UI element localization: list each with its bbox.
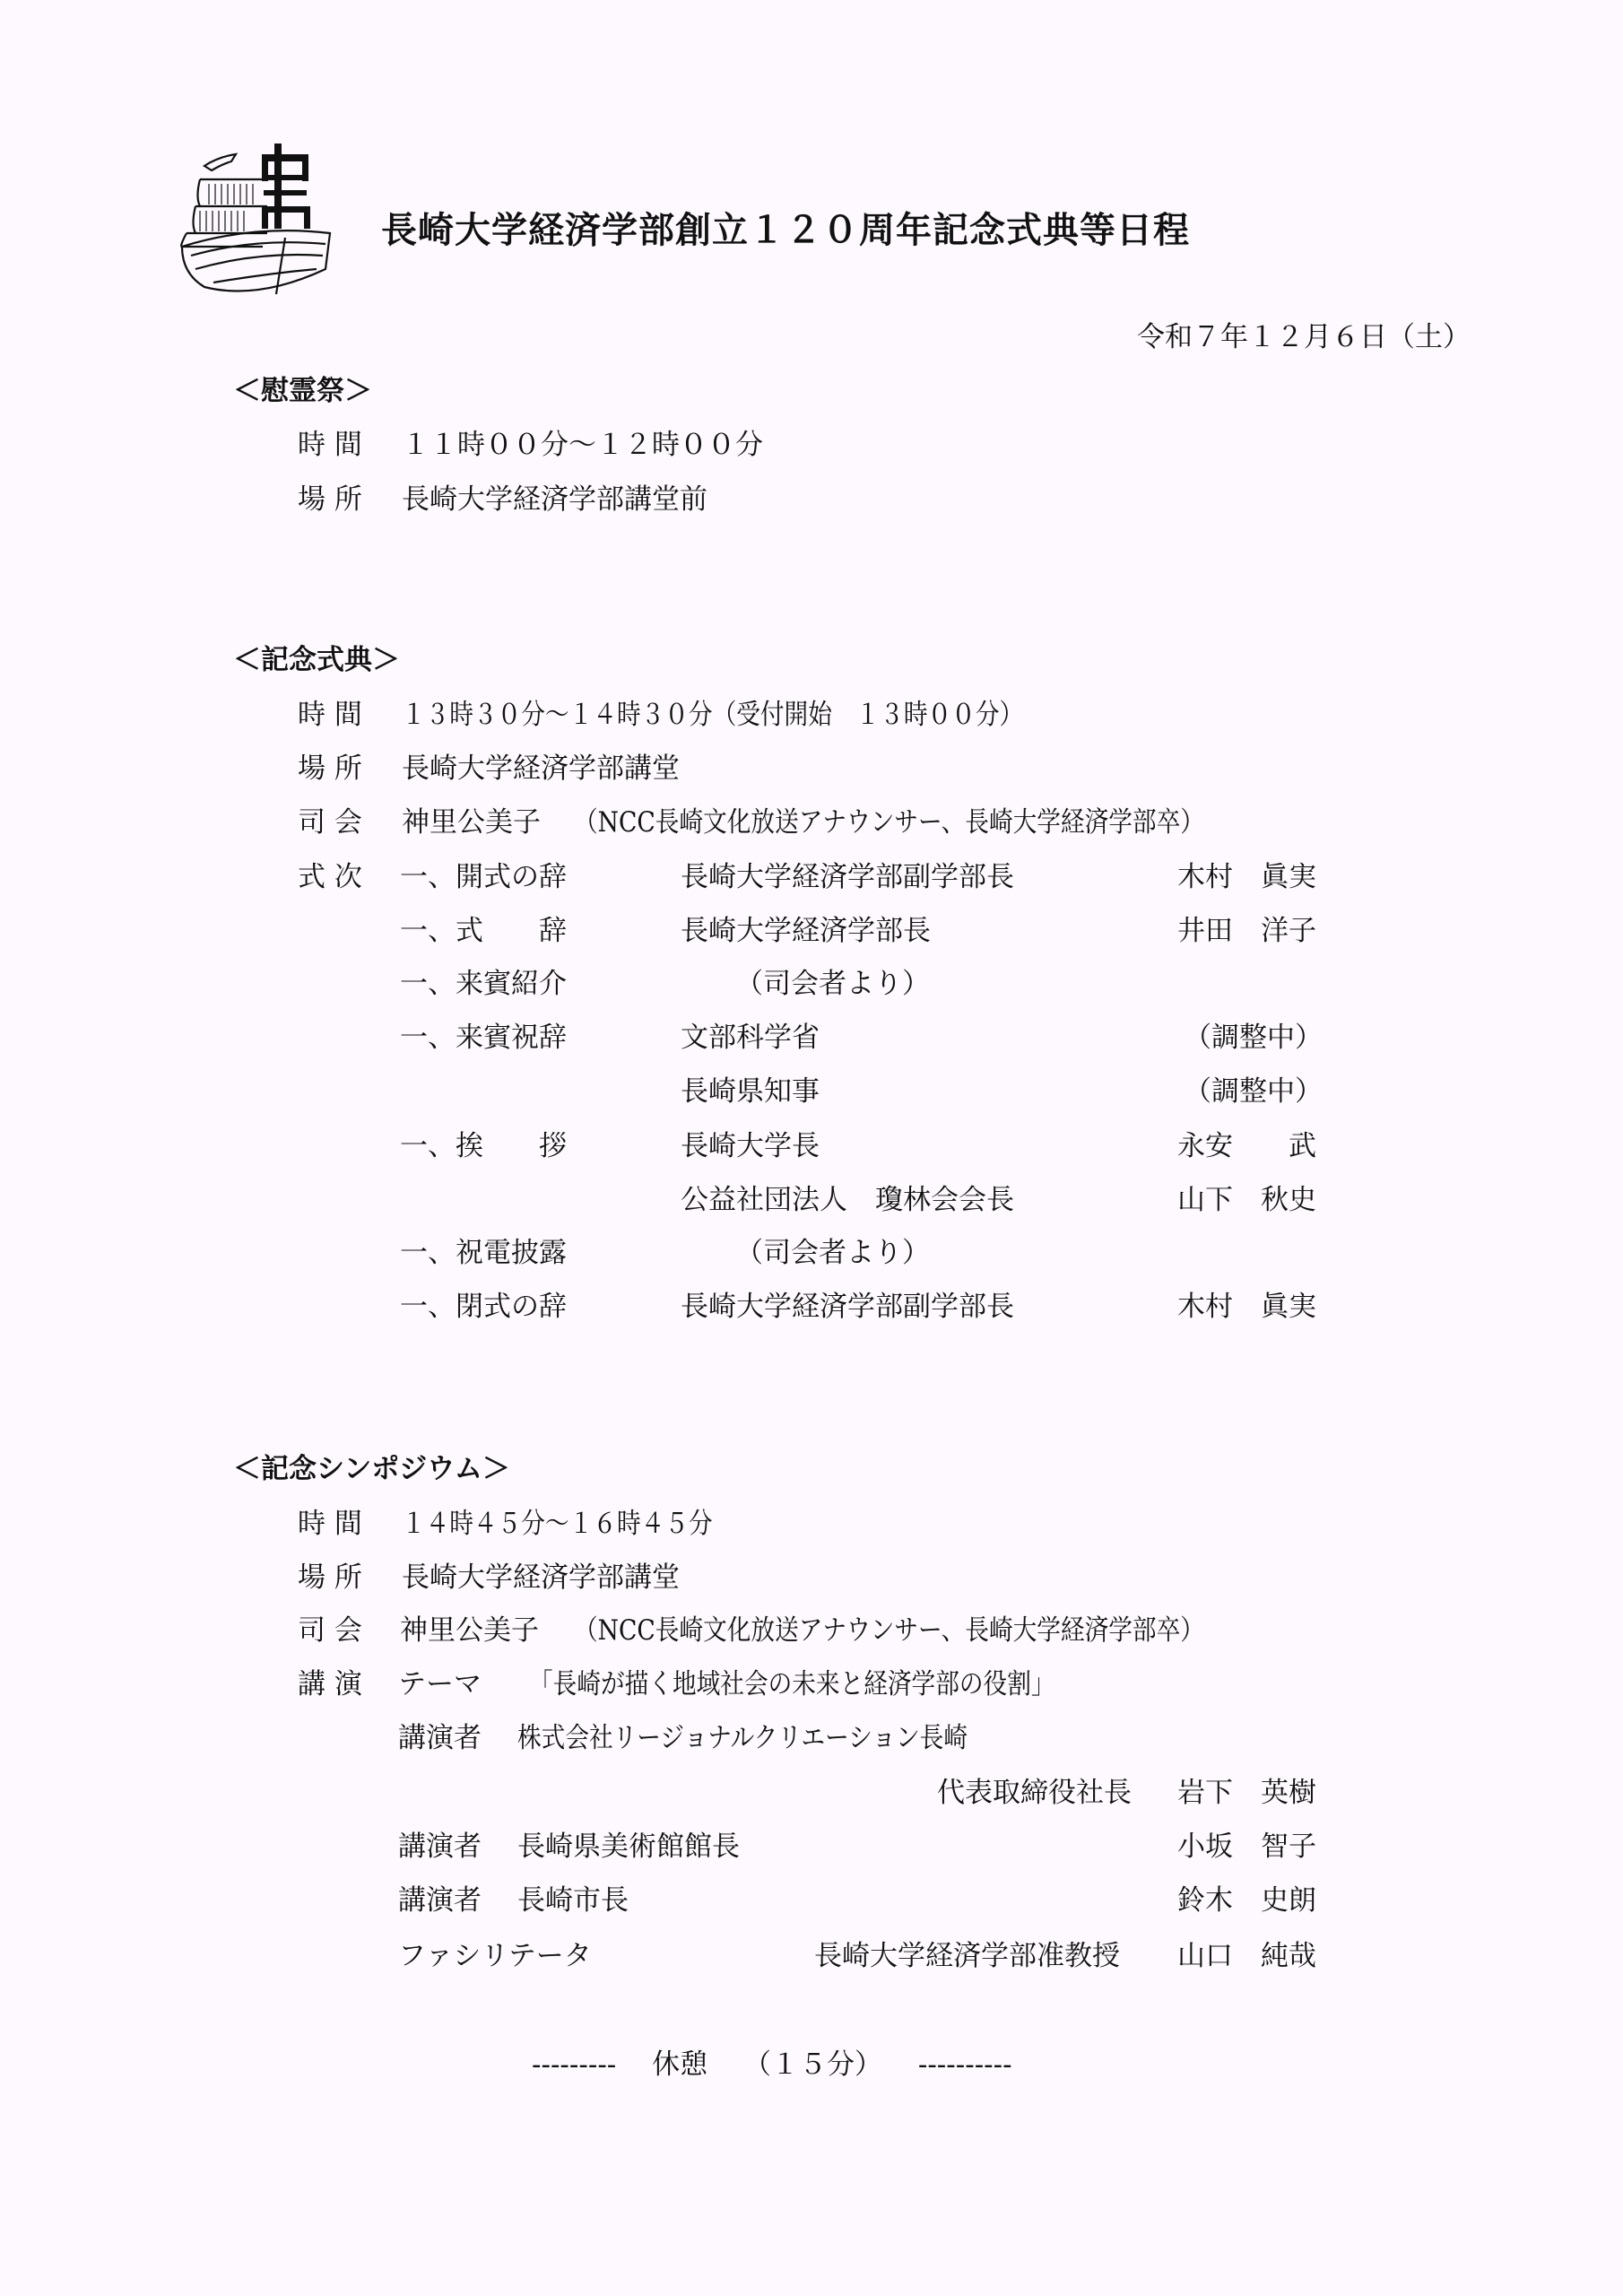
- speaker-title: 代表取締役社長: [937, 1779, 1132, 1807]
- symposium-mc-note-text: （NCC長崎文化放送アナウンサー、長崎大学経済学部卒）: [574, 1617, 1204, 1645]
- program-name: 木村 眞実: [1177, 1293, 1316, 1321]
- program-role: 長崎県知事: [681, 1078, 820, 1106]
- program-name: 永安 武: [1177, 1133, 1316, 1161]
- symposium-time-value: １４時４５分～１６時４５分: [402, 1510, 763, 1538]
- speaker-org: 長崎市長: [517, 1887, 629, 1915]
- speaker-label: ファシリテータ: [398, 1943, 592, 1970]
- break-dashes-left: ---------: [532, 2048, 616, 2081]
- symposium-mc-name: 神里公美子: [400, 1617, 539, 1645]
- program-name: 木村 眞実: [1177, 864, 1316, 891]
- symposium-lecture-label: 講 演: [298, 1671, 362, 1699]
- speaker-label: 講演者: [398, 1887, 482, 1915]
- program-role: （司会者より）: [735, 1239, 930, 1267]
- ceremony-place-label: 場 所: [298, 755, 362, 783]
- program-role: 長崎大学長: [681, 1133, 820, 1161]
- program-item: 一、挨 拶: [400, 1133, 567, 1161]
- program-item: 一、来賓祝辞: [400, 1024, 567, 1052]
- memorial-place-label: 場 所: [298, 486, 362, 514]
- program-role: 長崎大学経済学部長: [681, 918, 931, 945]
- section-heading-memorial: ＜慰霊祭＞: [233, 378, 372, 405]
- symposium-mc-note: （NCC長崎文化放送アナウンサー、長崎大学経済学部卒）: [574, 1617, 1306, 1645]
- speaker-title: 長崎大学経済学部准教授: [814, 1943, 1120, 1970]
- program-item: 一、閉式の辞: [400, 1293, 567, 1321]
- program-name: （調整中）: [1184, 1024, 1323, 1052]
- speaker-org-text: 株式会社リージョナルクリエーション長崎: [517, 1725, 968, 1752]
- ceremony-mc-note: （NCC長崎文化放送アナウンサー、長崎大学経済学部卒）: [574, 809, 1306, 837]
- speaker-name: 岩下 英樹: [1177, 1779, 1316, 1807]
- program-item: 一、来賓紹介: [400, 970, 567, 998]
- speaker-name: 鈴木 史朗: [1177, 1887, 1316, 1915]
- memorial-time-value: １１時００分～１２時００分: [402, 431, 763, 459]
- program-name: （調整中）: [1184, 1078, 1323, 1106]
- program-role: 公益社団法人 瓊林会会長: [681, 1187, 1014, 1214]
- speaker-label: 講演者: [398, 1725, 482, 1752]
- ceremony-program-label: 式 次: [298, 864, 362, 891]
- program-name: 山下 秋史: [1177, 1187, 1316, 1214]
- symposium-place-value: 長崎大学経済学部講堂: [402, 1564, 680, 1592]
- program-item: 一、式 辞: [400, 918, 567, 945]
- program-role: 文部科学省: [681, 1024, 820, 1052]
- symposium-theme: 「長崎が描く地域社会の未来と経済学部の役割」: [529, 1671, 1141, 1699]
- program-role: 長崎大学経済学部副学部長: [681, 864, 1014, 891]
- speaker-label: 講演者: [398, 1833, 482, 1861]
- break-line: --------- 休憩 （１５分） ----------: [532, 2051, 1012, 2079]
- program-role: （司会者より）: [735, 970, 930, 998]
- symposium-theme-text: 「長崎が描く地域社会の未来と経済学部の役割」: [529, 1671, 1055, 1699]
- ceremony-place-value: 長崎大学経済学部講堂: [402, 755, 680, 783]
- speaker-name: 山口 純哉: [1177, 1943, 1316, 1970]
- memorial-time-label: 時 間: [298, 431, 362, 459]
- program-name: 井田 洋子: [1177, 918, 1316, 945]
- break-dashes-right: ----------: [918, 2048, 1012, 2081]
- memorial-place-value: 長崎大学経済学部講堂前: [402, 486, 707, 514]
- section-heading-ceremony: ＜記念式典＞: [233, 647, 400, 674]
- speaker-org: 長崎県美術館館長: [517, 1833, 740, 1861]
- section-heading-symposium: ＜記念シンポジウム＞: [233, 1456, 510, 1483]
- program-item: 一、祝電披露: [400, 1239, 567, 1267]
- speaker-org: 株式会社リージョナルクリエーション長崎: [517, 1725, 1041, 1752]
- symposium-theme-label: テーマ: [398, 1671, 482, 1699]
- break-label: 休憩: [652, 2048, 707, 2081]
- document-date: 令和７年１２月６日（土）: [1137, 324, 1471, 352]
- document-title: 長崎大学経済学部創立１２０周年記念式典等日程: [381, 213, 1190, 248]
- ceremony-mc-note-text: （NCC長崎文化放送アナウンサー、長崎大学経済学部卒）: [574, 809, 1204, 837]
- symposium-place-label: 場 所: [298, 1564, 362, 1592]
- ceremony-time-value: １３時３０分～１４時３０分（受付開始 １３時００分）: [402, 701, 1124, 729]
- ceremony-time-text: １３時３０分～１４時３０分（受付開始 １３時００分）: [402, 701, 1023, 729]
- symposium-time-text: １４時４５分～１６時４５分: [402, 1510, 713, 1538]
- symposium-time-label: 時 間: [298, 1510, 362, 1538]
- break-duration: （１５分）: [743, 2048, 882, 2081]
- program-item: 一、開式の辞: [400, 864, 567, 891]
- ceremony-mc-name: 神里公美子: [402, 809, 541, 837]
- university-logo-icon: [169, 135, 339, 296]
- ceremony-time-label: 時 間: [298, 701, 362, 729]
- program-role: 長崎大学経済学部副学部長: [681, 1293, 1014, 1321]
- ceremony-mc-label: 司 会: [298, 809, 362, 837]
- symposium-mc-label: 司 会: [298, 1617, 362, 1645]
- speaker-name: 小坂 智子: [1177, 1833, 1316, 1861]
